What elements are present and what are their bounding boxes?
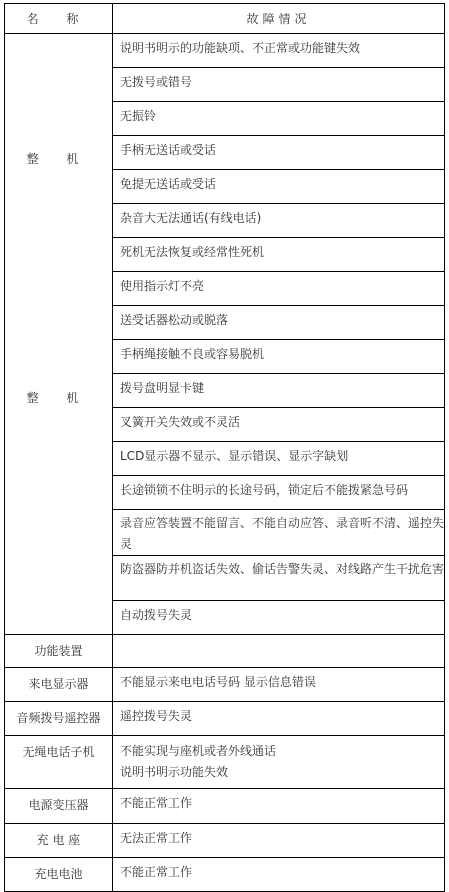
- table-row: 整 机 整 机 说明书明示的功能缺项、不正常或功能键失效: [5, 34, 445, 68]
- table-row: 无绳电话子机 不能实现与座机或者外线通话 说明书明示功能失效: [5, 736, 445, 789]
- fault-cell: 叉簧开关失效或不灵活: [113, 408, 445, 442]
- fault-cell: 死机无法恢复或经常性死机: [113, 238, 445, 272]
- fault-cell: 防盗器防并机盗话失效、偷话告警失灵、对线路产生干扰危害: [113, 556, 445, 601]
- name-cell: 功能装置: [5, 635, 113, 668]
- header-fault: 故障情况: [113, 4, 445, 34]
- header-name: 名 称: [5, 4, 113, 34]
- main-unit-name-cell: 整 机 整 机: [5, 34, 113, 635]
- fault-cell: 拨号盘明显卡键: [113, 374, 445, 408]
- fault-cell: 送受话器松动或脱落: [113, 306, 445, 340]
- fault-cell: 不能实现与座机或者外线通话 说明书明示功能失效: [113, 736, 445, 789]
- fault-line: 说明书明示功能失效: [120, 762, 444, 783]
- fault-cell: 使用指示灯不亮: [113, 272, 445, 306]
- table-row: 电源变压器 不能正常工作: [5, 789, 445, 801]
- fault-table: 名 称 故障情况 整 机 整 机 说明书明示的功能缺项、不正常或功能键失效 无拨…: [4, 3, 445, 800]
- fault-cell: 免提无送话或受话: [113, 170, 445, 204]
- name-cell: 电源变压器: [5, 789, 113, 801]
- table-row: 音频拨号遥控器 遥控拨号失灵: [5, 702, 445, 736]
- fault-cell: 遥控拨号失灵: [113, 702, 445, 736]
- fault-cell: 长途锁锁不住明示的长途号码，锁定后不能拨紧急号码: [113, 476, 445, 510]
- fault-cell: 手柄绳接触不良或容易脱机: [113, 340, 445, 374]
- name-cell: 无绳电话子机: [5, 736, 113, 789]
- fault-cell: 不能显示来电电话号码 显示信息错误: [113, 668, 445, 702]
- fault-cell: 手柄无送话或受话: [113, 136, 445, 170]
- fault-cell: [113, 635, 445, 668]
- table-row: 来电显示器 不能显示来电电话号码 显示信息错误: [5, 668, 445, 702]
- fault-cell: 无振铃: [113, 102, 445, 136]
- fault-cell: 自动拨号失灵: [113, 601, 445, 635]
- fault-cell: 录音应答装置不能留言、不能自动应答、录音听不清、遥控失灵: [113, 510, 445, 556]
- table-row: 功能装置: [5, 635, 445, 668]
- fault-cell: LCD显示器不显示、显示错误、显示字缺划: [113, 442, 445, 476]
- fault-cell: 杂音大无法通话(有线电话): [113, 204, 445, 238]
- fault-cell: 不能正常工作: [113, 789, 445, 801]
- main-unit-label-top: 整 机: [5, 150, 112, 167]
- header-row: 名 称 故障情况: [5, 4, 445, 34]
- fault-cell: 说明书明示的功能缺项、不正常或功能键失效: [113, 34, 445, 68]
- fault-cell: 无拨号或错号: [113, 68, 445, 102]
- main-unit-label-bottom: 整 机: [5, 389, 112, 406]
- name-cell: 来电显示器: [5, 668, 113, 702]
- name-cell: 音频拨号遥控器: [5, 702, 113, 736]
- fault-line: 不能实现与座机或者外线通话: [120, 741, 444, 762]
